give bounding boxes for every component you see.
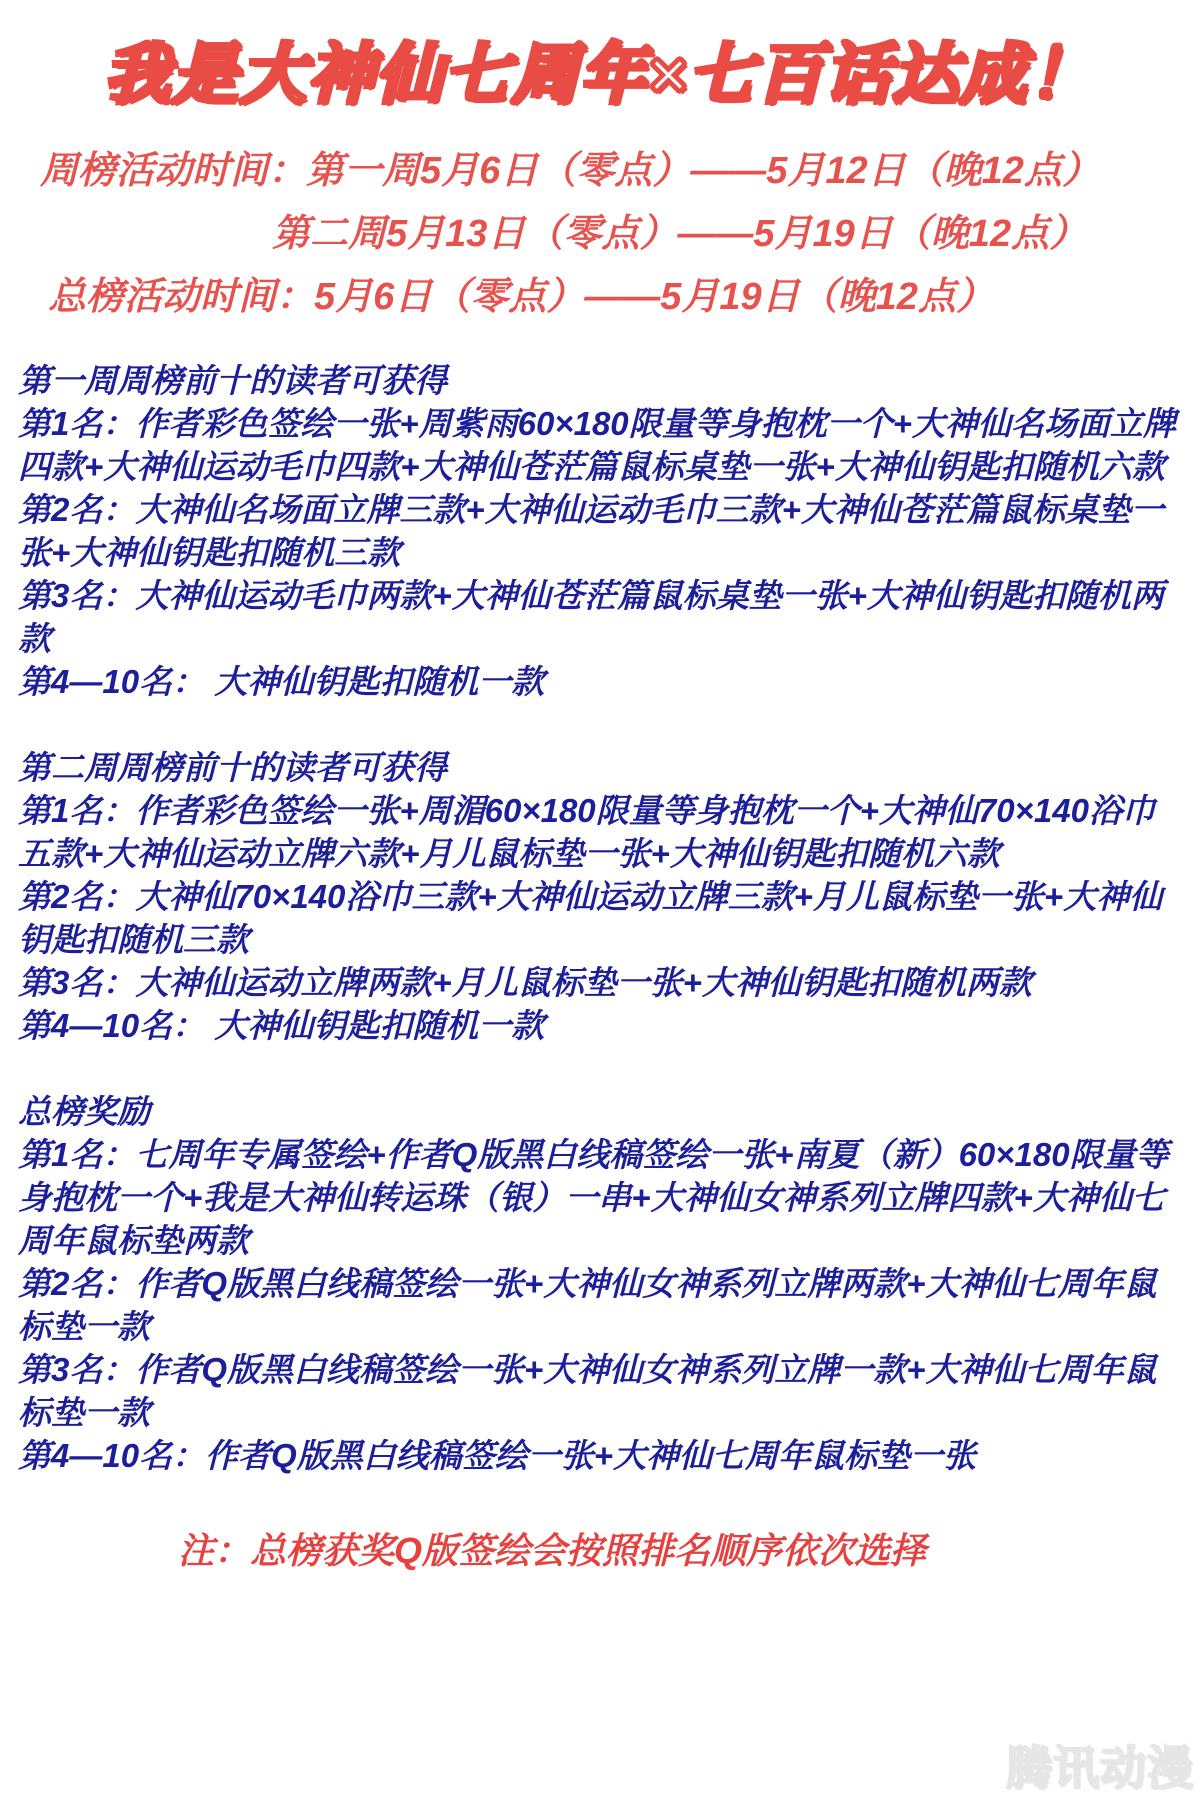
weekly-rank-time-line1: 周榜活动时间：第一周5月6日（零点）——5月12日（晚12点） (40, 140, 1200, 203)
tencent-comics-watermark-logo: 腾讯动漫 (1006, 1732, 1194, 1798)
section-heading: 第二周周榜前十的读者可获得 (18, 746, 1185, 789)
prize-line-rank4-10: 第4—10名：作者Q版黑白线稿签绘一张+大神仙七周年鼠标垫一张 (18, 1434, 1185, 1477)
prize-line-rank2: 第2名：大神仙70×140浴巾三款+大神仙运动立牌三款+月儿鼠标垫一张+大神仙钥… (18, 875, 1185, 961)
prize-list-body: 第一周周榜前十的读者可获得 第1名：作者彩色签绘一张+周紫雨60×180限量等身… (18, 359, 1185, 1572)
prize-line-rank4-10: 第4—10名： 大神仙钥匙扣随机一款 (18, 1004, 1185, 1047)
prize-line-rank4-10: 第4—10名： 大神仙钥匙扣随机一款 (18, 660, 1185, 703)
week2-prize-section: 第二周周榜前十的读者可获得 第1名：作者彩色签绘一张+周湄60×180限量等身抱… (18, 746, 1185, 1047)
footer-note: 注：总榜获奖Q版签绘会按照排名顺序依次选择 (178, 1529, 1185, 1572)
prize-line-rank1: 第1名：作者彩色签绘一张+周湄60×180限量等身抱枕一个+大神仙70×140浴… (18, 789, 1185, 875)
prize-line-rank3: 第3名：大神仙运动毛巾两款+大神仙苍茫篇鼠标桌垫一张+大神仙钥匙扣随机两款 (18, 574, 1185, 660)
total-rank-prize-section: 总榜奖励 第1名：七周年专属签绘+作者Q版黑白线稿签绘一张+南夏（新）60×18… (18, 1090, 1185, 1477)
prize-line-rank1: 第1名：作者彩色签绘一张+周紫雨60×180限量等身抱枕一个+大神仙名场面立牌四… (18, 402, 1185, 488)
announcement-poster: 我是大神仙七周年×七百话达成！ 周榜活动时间：第一周5月6日（零点）——5月12… (0, 0, 1200, 1806)
section-heading: 第一周周榜前十的读者可获得 (18, 359, 1185, 402)
week1-prize-section: 第一周周榜前十的读者可获得 第1名：作者彩色签绘一张+周紫雨60×180限量等身… (18, 359, 1185, 703)
prize-line-rank2: 第2名：作者Q版黑白线稿签绘一张+大神仙女神系列立牌两款+大神仙七周年鼠标垫一款 (18, 1262, 1185, 1348)
event-schedule: 周榜活动时间：第一周5月6日（零点）——5月12日（晚12点） 第二周5月13日… (0, 140, 1200, 329)
prize-line-rank1: 第1名：七周年专属签绘+作者Q版黑白线稿签绘一张+南夏（新）60×180限量等身… (18, 1133, 1185, 1262)
total-rank-time-line: 总榜活动时间：5月6日（零点）——5月19日（晚12点） (48, 266, 1200, 329)
prize-line-rank2: 第2名：大神仙名场面立牌三款+大神仙运动毛巾三款+大神仙苍茫篇鼠标桌垫一张+大神… (18, 488, 1185, 574)
prize-line-rank3: 第3名：作者Q版黑白线稿签绘一张+大神仙女神系列立牌一款+大神仙七周年鼠标垫一款 (18, 1348, 1185, 1434)
section-heading: 总榜奖励 (18, 1090, 1185, 1133)
page-title: 我是大神仙七周年×七百话达成！ (0, 26, 1200, 122)
prize-line-rank3: 第3名：大神仙运动立牌两款+月儿鼠标垫一张+大神仙钥匙扣随机两款 (18, 961, 1185, 1004)
weekly-rank-time-line2: 第二周5月13日（零点）——5月19日（晚12点） (272, 203, 1200, 266)
